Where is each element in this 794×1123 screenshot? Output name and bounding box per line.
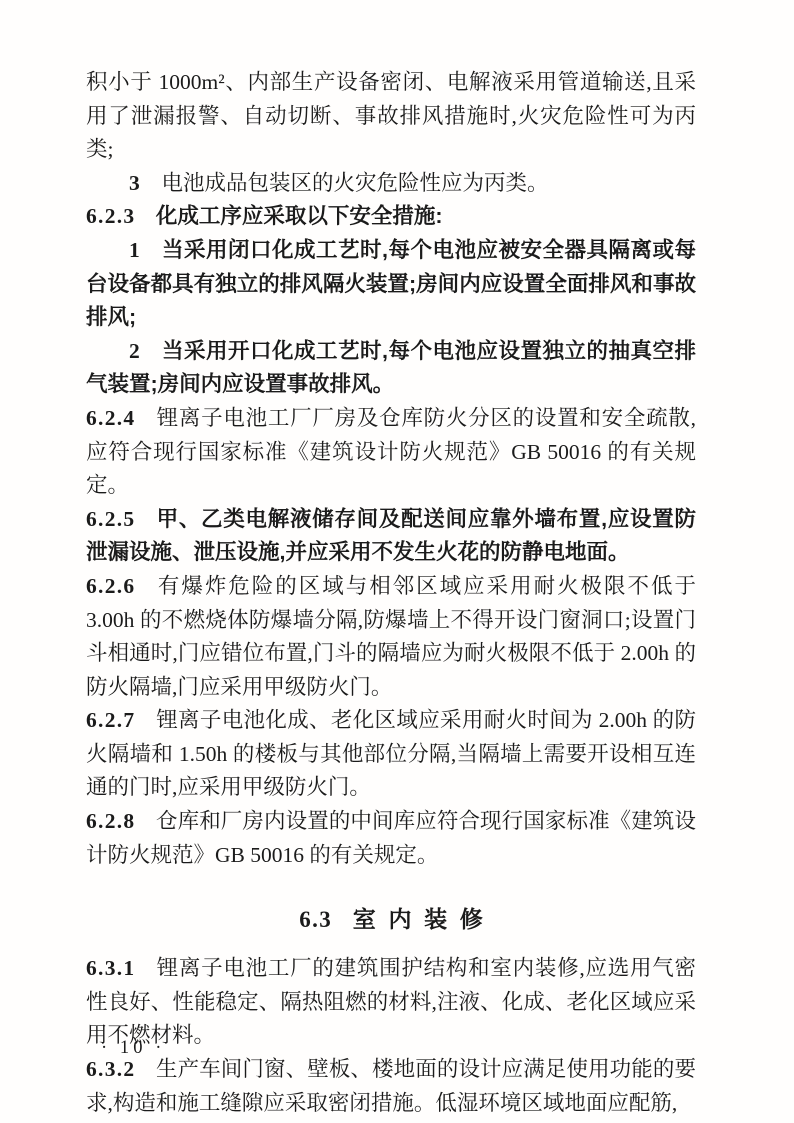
list-item-text: 当采用闭口化成工艺时,每个电池应被安全器具隔离或每台设备都具有独立的排风隔火装置… bbox=[86, 238, 696, 329]
clause-number: 6.2.7 bbox=[86, 708, 135, 732]
clause-text: 生产车间门窗、壁板、楼地面的设计应满足使用功能的要求,构造和施工缝隙应采取密闭措… bbox=[86, 1057, 696, 1115]
document-body: 积小于 1000m²、内部生产设备密闭、电解液采用管道输送,且采用了泄漏报警、自… bbox=[86, 66, 696, 1120]
list-item-number: 3 bbox=[129, 171, 141, 195]
clause-text: 锂离子电池化成、老化区域应采用耐火时间为 2.00h 的防火隔墙和 1.50h … bbox=[86, 708, 696, 799]
section-heading-6-3: 6.3室内装修 bbox=[86, 902, 696, 937]
clause-text: 化成工序应采取以下安全措施: bbox=[156, 204, 443, 228]
clause-number: 6.2.5 bbox=[86, 507, 135, 531]
list-item-text: 当采用开口化成工艺时,每个电池应设置独立的抽真空排气装置;房间内应设置事故排风。 bbox=[86, 339, 696, 397]
list-item-3: 3电池成品包装区的火灾危险性应为丙类。 bbox=[86, 167, 696, 201]
clause-number: 6.2.8 bbox=[86, 809, 135, 833]
clause-text: 锂离子电池工厂厂房及仓库防火分区的设置和安全疏散,应符合现行国家标准《建筑设计防… bbox=[86, 406, 696, 497]
list-item-number: 2 bbox=[129, 339, 141, 363]
list-item-number: 1 bbox=[129, 238, 141, 262]
section-number: 6.3 bbox=[299, 907, 332, 932]
clause-number: 6.3.2 bbox=[86, 1057, 135, 1081]
list-item-text: 电池成品包装区的火灾危险性应为丙类。 bbox=[161, 171, 548, 195]
clause-6-2-6: 6.2.6有爆炸危险的区域与相邻区域应采用耐火极限不低于 3.00h 的不燃烧体… bbox=[86, 570, 696, 704]
clause-6-2-8: 6.2.8仓库和厂房内设置的中间库应符合现行国家标准《建筑设计防火规范》GB 5… bbox=[86, 805, 696, 872]
clause-text: 甲、乙类电解液储存间及配送间应靠外墙布置,应设置防泄漏设施、泄压设施,并应采用不… bbox=[86, 507, 696, 565]
clause-number: 6.2.6 bbox=[86, 574, 135, 598]
clause-6-2-5: 6.2.5甲、乙类电解液储存间及配送间应靠外墙布置,应设置防泄漏设施、泄压设施,… bbox=[86, 503, 696, 570]
clause-text: 有爆炸危险的区域与相邻区域应采用耐火极限不低于 3.00h 的不燃烧体防爆墙分隔… bbox=[86, 574, 696, 699]
clause-text: 锂离子电池工厂的建筑围护结构和室内装修,应选用气密性良好、性能稳定、隔热阻燃的材… bbox=[86, 956, 696, 1047]
list-item-1: 1当采用闭口化成工艺时,每个电池应被安全器具隔离或每台设备都具有独立的排风隔火装… bbox=[86, 234, 696, 335]
section-title: 室内装修 bbox=[353, 906, 496, 932]
clause-6-3-2: 6.3.2生产车间门窗、壁板、楼地面的设计应满足使用功能的要求,构造和施工缝隙应… bbox=[86, 1053, 696, 1120]
page-number: · 10 · bbox=[101, 1038, 166, 1059]
clause-number: 6.2.4 bbox=[86, 406, 135, 430]
clause-6-2-4: 6.2.4锂离子电池工厂厂房及仓库防火分区的设置和安全疏散,应符合现行国家标准《… bbox=[86, 402, 696, 503]
clause-6-2-7: 6.2.7锂离子电池化成、老化区域应采用耐火时间为 2.00h 的防火隔墙和 1… bbox=[86, 704, 696, 805]
clause-6-3-1: 6.3.1锂离子电池工厂的建筑围护结构和室内装修,应选用气密性良好、性能稳定、隔… bbox=[86, 952, 696, 1053]
paragraph-continuation: 积小于 1000m²、内部生产设备密闭、电解液采用管道输送,且采用了泄漏报警、自… bbox=[86, 66, 696, 167]
list-item-2: 2当采用开口化成工艺时,每个电池应设置独立的抽真空排气装置;房间内应设置事故排风… bbox=[86, 335, 696, 402]
clause-6-2-3: 6.2.3化成工序应采取以下安全措施: bbox=[86, 200, 696, 234]
clause-number: 6.3.1 bbox=[86, 956, 135, 980]
clause-text: 仓库和厂房内设置的中间库应符合现行国家标准《建筑设计防火规范》GB 50016 … bbox=[86, 809, 696, 867]
document-page: 积小于 1000m²、内部生产设备密闭、电解液采用管道输送,且采用了泄漏报警、自… bbox=[0, 0, 794, 1123]
clause-number: 6.2.3 bbox=[86, 204, 135, 228]
